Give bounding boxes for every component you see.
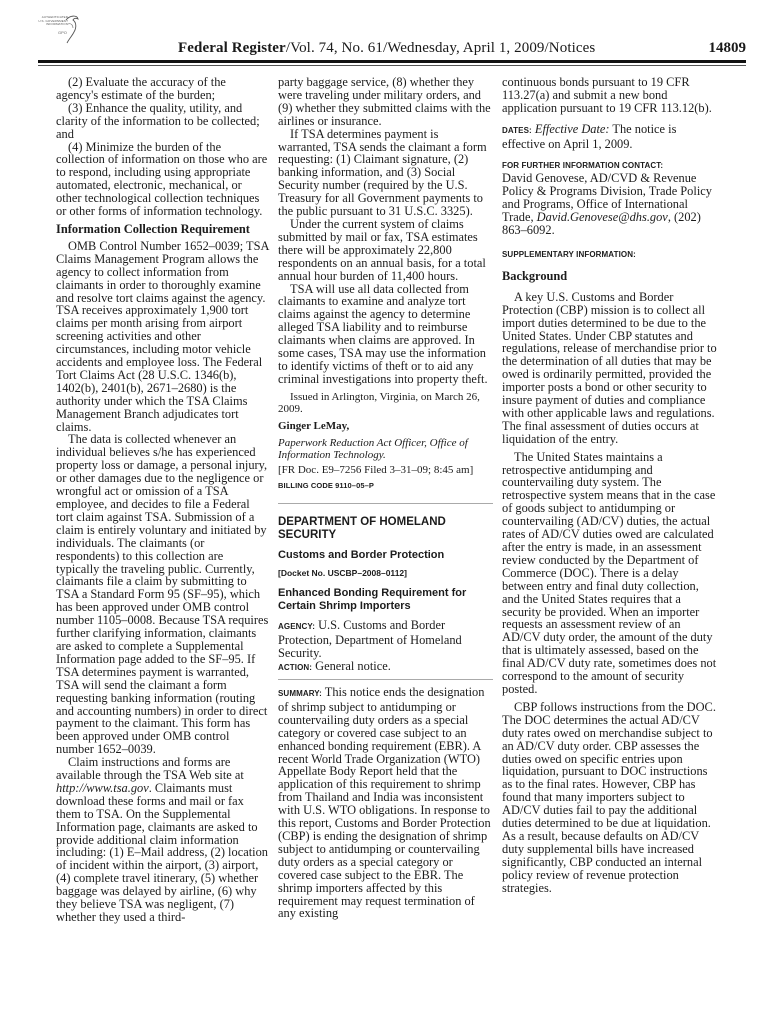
- page-number: 14809: [709, 40, 747, 57]
- subagency-heading: Customs and Border Protection: [278, 549, 493, 562]
- dates-italic: Effective Date:: [532, 122, 610, 136]
- department-heading: DEPARTMENT OF HOMELAND SECURITY: [278, 516, 493, 542]
- column-1: (2) Evaluate the accuracy of the agency'…: [56, 76, 269, 924]
- paragraph: The United States maintains a retrospect…: [502, 451, 718, 696]
- document-separator: [278, 503, 493, 504]
- summary-field: SUMMARY: This notice ends the designatio…: [278, 686, 493, 920]
- column-3: continuous bonds pursuant to 19 CFR 113.…: [502, 76, 718, 894]
- action-field: ACTION: General notice.: [278, 660, 493, 675]
- summary-separator: [278, 679, 493, 680]
- logo-line: INFORMATION: [34, 23, 68, 27]
- dates-field: DATES: Effective Date: The notice is eff…: [502, 123, 718, 151]
- action-label: ACTION:: [278, 663, 312, 672]
- paragraph: (2) Evaluate the accuracy of the agency'…: [56, 76, 269, 102]
- header-rule-thick: [38, 60, 746, 63]
- running-header: Federal Register/Vol. 74, No. 61/Wednesd…: [178, 40, 746, 60]
- tsa-website-link[interactable]: http://www.tsa.gov: [56, 781, 149, 795]
- contact-email-link[interactable]: David.Genovese@dhs.gov: [537, 210, 668, 224]
- paragraph: A key U.S. Customs and Border Protection…: [502, 291, 718, 446]
- text: . Claimants must download these forms an…: [56, 781, 268, 924]
- paragraph: If TSA determines payment is warranted, …: [278, 128, 493, 218]
- document-title: Enhanced Bonding Requirement for Certain…: [278, 587, 493, 613]
- logo-text: AUTHENTICATED U.S. GOVERNMENT INFORMATIO…: [34, 16, 68, 27]
- eagle-icon: [64, 14, 80, 44]
- paragraph: OMB Control Number 1652–0039; TSA Claims…: [56, 240, 269, 434]
- issue-info: /Vol. 74, No. 61/Wednesday, April 1, 200…: [286, 40, 596, 56]
- supplementary-label: SUPPLEMENTARY INFORMATION:: [502, 249, 718, 262]
- publication-name: Federal Register: [178, 40, 286, 56]
- paragraph: party baggage service, (8) whether they …: [278, 76, 493, 128]
- paragraph: continuous bonds pursuant to 19 CFR 113.…: [502, 76, 718, 115]
- agency-label: AGENCY:: [278, 622, 315, 631]
- header-title: Federal Register/Vol. 74, No. 61/Wednesd…: [178, 40, 595, 57]
- action-text: General notice.: [312, 659, 391, 673]
- summary-label: SUMMARY:: [278, 689, 322, 698]
- header-rule-thin: [38, 65, 746, 66]
- paragraph: Claim instructions and forms are availab…: [56, 756, 269, 924]
- paragraph: (3) Enhance the quality, utility, and cl…: [56, 102, 269, 141]
- paragraph: CBP follows instructions from the DOC. T…: [502, 701, 718, 895]
- signer-name: Ginger LeMay,: [278, 420, 493, 433]
- issued-statement: Issued in Arlington, Virginia, on March …: [278, 391, 493, 415]
- fr-doc-line: [FR Doc. E9–7256 Filed 3–31–09; 8:45 am]: [278, 464, 493, 476]
- signer-title: Paperwork Reduction Act Officer, Office …: [278, 437, 493, 461]
- paragraph: The data is collected whenever an indivi…: [56, 433, 269, 756]
- paragraph: Under the current system of claims submi…: [278, 218, 493, 283]
- column-2: party baggage service, (8) whether they …: [278, 76, 493, 920]
- paragraph: TSA will use all data collected from cla…: [278, 283, 493, 386]
- docket-number: [Docket No. USCBP–2008–0112]: [278, 567, 493, 580]
- agency-field: AGENCY: U.S. Customs and Border Protecti…: [278, 619, 493, 660]
- summary-text: This notice ends the designation of shri…: [278, 685, 491, 920]
- text: Claim instructions and forms are availab…: [56, 755, 244, 782]
- section-heading: Information Collection Requirement: [56, 223, 269, 236]
- billing-code: BILLING CODE 9110–05–P: [278, 480, 493, 493]
- contact-field: David Genovese, AD/CVD & Revenue Policy …: [502, 172, 718, 237]
- paragraph: (4) Minimize the burden of the collectio…: [56, 141, 269, 218]
- dates-label: DATES:: [502, 126, 532, 135]
- background-heading: Background: [502, 270, 718, 283]
- gpo-authentication-logo: AUTHENTICATED U.S. GOVERNMENT INFORMATIO…: [34, 14, 84, 46]
